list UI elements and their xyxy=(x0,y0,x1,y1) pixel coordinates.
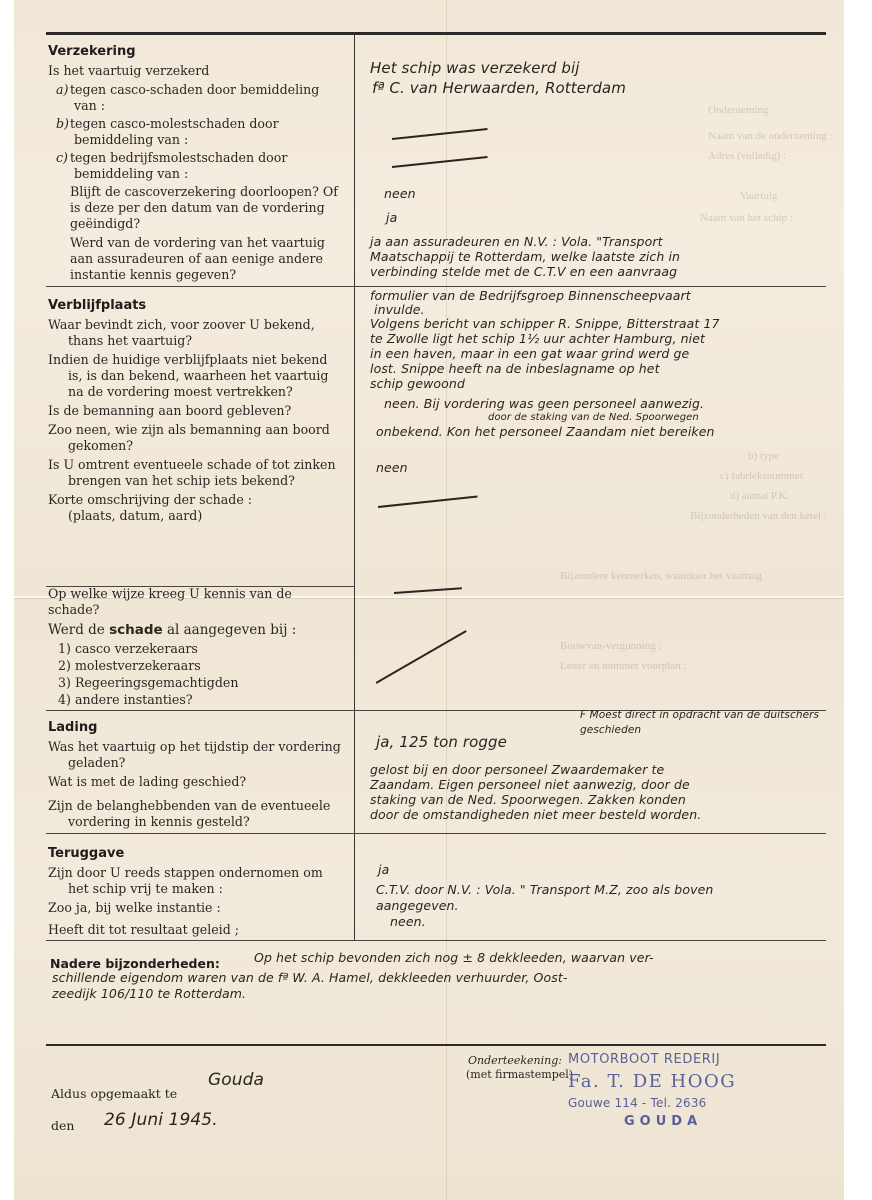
date-value: 26 Juni 1945. xyxy=(104,1112,218,1129)
show-through-text: Bijzondere kenmerken, waardoor het vaart… xyxy=(560,566,762,586)
question: Was het vaartuig op het tijdstip der vor… xyxy=(48,739,344,771)
question: Zoo neen, wie zijn als bemanning aan boo… xyxy=(48,422,344,454)
handwritten-answer: ja xyxy=(378,862,389,877)
show-through-text: d) aantal P.K. xyxy=(730,486,789,506)
handwritten-answer: schip gewoond xyxy=(370,376,465,391)
question: Is U omtrent eventueele schade of tot zi… xyxy=(48,457,344,489)
question: Blijft de cascoverzekering doorloopen? O… xyxy=(48,184,344,232)
date-label: den xyxy=(51,1118,74,1133)
handwritten-answer: lost. Snippe heeft na de inbeslagname op… xyxy=(370,361,660,376)
section-divider xyxy=(46,286,826,287)
handwritten-answer: door de omstandigheden niet meer besteld… xyxy=(370,807,701,822)
show-through-text: Naam van de onderneming : xyxy=(708,126,833,146)
stamp-line: MOTORBOOT REDERIJ xyxy=(568,1052,798,1067)
handwritten-answer: aangegeven. xyxy=(376,898,459,913)
question: Op welke wijze kreeg U kennis van de sch… xyxy=(48,586,344,618)
company-stamp: MOTORBOOT REDERIJ Fa. T. DE HOOG Gouwe 1… xyxy=(568,1052,798,1129)
question-item: 4) andere instanties? xyxy=(48,692,344,708)
section-title: Teruggave xyxy=(48,846,344,862)
handwritten-answer: Op het schip bevonden zich nog ± 8 dekkl… xyxy=(254,950,654,965)
handwritten-answer: formulier van de Bedrijfsgroep Binnensch… xyxy=(370,288,691,303)
section-lading: Lading Was het vaartuig op het tijdstip … xyxy=(48,720,344,833)
question: Is de bemanning aan boord gebleven? xyxy=(48,403,344,419)
question: Zoo ja, bij welke instantie : xyxy=(48,900,344,916)
question: Waar bevindt zich, voor zoover U bekend,… xyxy=(48,317,344,349)
question: Korte omschrijving der schade : xyxy=(48,492,344,508)
handwritten-answer: onbekend. Kon het personeel Zaandam niet… xyxy=(376,424,715,439)
question: Werd van de vordering van het vaartuig a… xyxy=(48,235,344,283)
handwritten-answer: fª C. van Herwaarden, Rotterdam xyxy=(372,80,626,97)
question: Werd de schade al aangegeven bij : xyxy=(48,622,344,638)
handwritten-answer: neen xyxy=(384,186,416,201)
section-divider xyxy=(46,833,826,834)
question: Zijn de belanghebbenden van de eventueel… xyxy=(48,798,344,830)
column-divider xyxy=(354,35,355,940)
question-item: 2) molestverzekeraars xyxy=(48,658,344,674)
footer-rule xyxy=(46,1044,826,1046)
stamp-line: GOUDA xyxy=(624,1114,798,1129)
show-through-text: Naam van het schip : xyxy=(700,208,793,228)
question: Wat is met de lading geschied? xyxy=(48,774,344,790)
handwritten-answer: C.T.V. door N.V. : Vola. " Transport M.Z… xyxy=(376,882,713,897)
handwritten-answer: te Zwolle ligt het schip 1½ uur achter H… xyxy=(370,331,705,346)
show-through-text: Bijzonderheden van den ketel : xyxy=(690,506,827,526)
handwritten-answer: Zaandam. Eigen personeel niet aanwezig, … xyxy=(370,777,690,792)
question-item-c: c)tegen bedrijfsmolestschaden door bemid… xyxy=(48,150,344,182)
question-item: 3) Regeeringsgemachtigden xyxy=(48,675,344,691)
show-through-text: Letter en nummer voorplan : xyxy=(560,656,686,676)
handwritten-answer: in een haven, maar in een gat waar grind… xyxy=(370,346,689,361)
fold-crease-vertical xyxy=(446,0,447,1200)
handwritten-answer: ja xyxy=(386,210,397,225)
section-title: Verblijfplaats xyxy=(48,298,344,314)
handwritten-answer: neen. Bij vordering was geen personeel a… xyxy=(384,396,704,411)
stamp-line: Gouwe 114 - Tel. 2636 xyxy=(568,1096,798,1110)
question: Heeft dit tot resultaat geleid ; xyxy=(48,922,344,938)
show-through-text: b) type xyxy=(748,446,779,466)
handwritten-answer: gelost bij en door personeel Zwaardemake… xyxy=(370,762,664,777)
show-through-text: Vaartuig xyxy=(740,186,777,206)
handwritten-answer: ja aan assuradeuren en N.V. : Vola. "Tra… xyxy=(370,234,663,249)
question-item-b: b)tegen casco-molestschaden door bemidde… xyxy=(48,116,344,148)
section-verzekering: Verzekering Is het vaartuig verzekerd a)… xyxy=(48,44,344,286)
question: Zijn door U reeds stappen ondernomen om … xyxy=(48,865,344,897)
handwritten-note: F Moest direct in opdracht van de duitsc… xyxy=(580,708,872,738)
place-value: Gouda xyxy=(208,1072,264,1089)
question-item: 1) casco verzekeraars xyxy=(48,641,344,657)
handwritten-answer: neen xyxy=(376,460,408,475)
question-hint: (plaats, datum, aard) xyxy=(48,508,344,524)
show-through-text: c) fabrieksnummer xyxy=(720,466,803,486)
handwritten-answer: Het schip was verzekerd bij xyxy=(370,60,580,77)
section-title: Verzekering xyxy=(48,44,344,60)
show-through-text: Adres (volledig) : xyxy=(708,146,786,166)
question-item-a: a)tegen casco-schaden door bemiddeling v… xyxy=(48,82,344,114)
signature-hint: (met firmastempel) xyxy=(466,1068,573,1082)
handwritten-answer: invulde. xyxy=(374,302,425,317)
handwritten-answer: verbinding stelde met de C.T.V en een aa… xyxy=(370,264,677,279)
handwritten-answer: neen. xyxy=(390,914,426,929)
show-through-text: Onderneming xyxy=(708,100,768,120)
top-rule xyxy=(46,32,826,35)
section-kennis: Op welke wijze kreeg U kennis van de sch… xyxy=(48,586,344,709)
section-teruggave: Teruggave Zijn door U reeds stappen onde… xyxy=(48,846,344,941)
handwritten-answer: staking van de Ned. Spoorwegen. Zakken k… xyxy=(370,792,686,807)
handwritten-answer: zeedijk 106/110 te Rotterdam. xyxy=(52,986,246,1001)
handwritten-answer: ja, 125 ton rogge xyxy=(376,734,507,751)
handwritten-answer: Maatschappij te Rotterdam, welke laatste… xyxy=(370,249,680,264)
nadere-bijzonderheden-label: Nadere bijzonderheden: xyxy=(50,956,220,971)
stamp-line: Fa. T. DE HOOG xyxy=(568,1071,798,1092)
handwritten-answer: schillende eigendom waren van de fª W. A… xyxy=(52,970,567,985)
signature-label: Onderteekening: xyxy=(468,1054,562,1068)
section-title: Lading xyxy=(48,720,344,736)
question: Is het vaartuig verzekerd xyxy=(48,63,344,79)
question: Indien de huidige verblijfplaats niet be… xyxy=(48,352,344,400)
handwritten-answer: Volgens bericht van schipper R. Snippe, … xyxy=(370,316,720,331)
handwritten-note: door de staking van de Ned. Spoorwegen xyxy=(488,410,699,425)
show-through-text: Bouwvan-vergunning : xyxy=(560,636,662,656)
section-verblijfplaats: Verblijfplaats Waar bevindt zich, voor z… xyxy=(48,298,344,527)
place-label: Aldus opgemaakt te xyxy=(51,1086,177,1101)
